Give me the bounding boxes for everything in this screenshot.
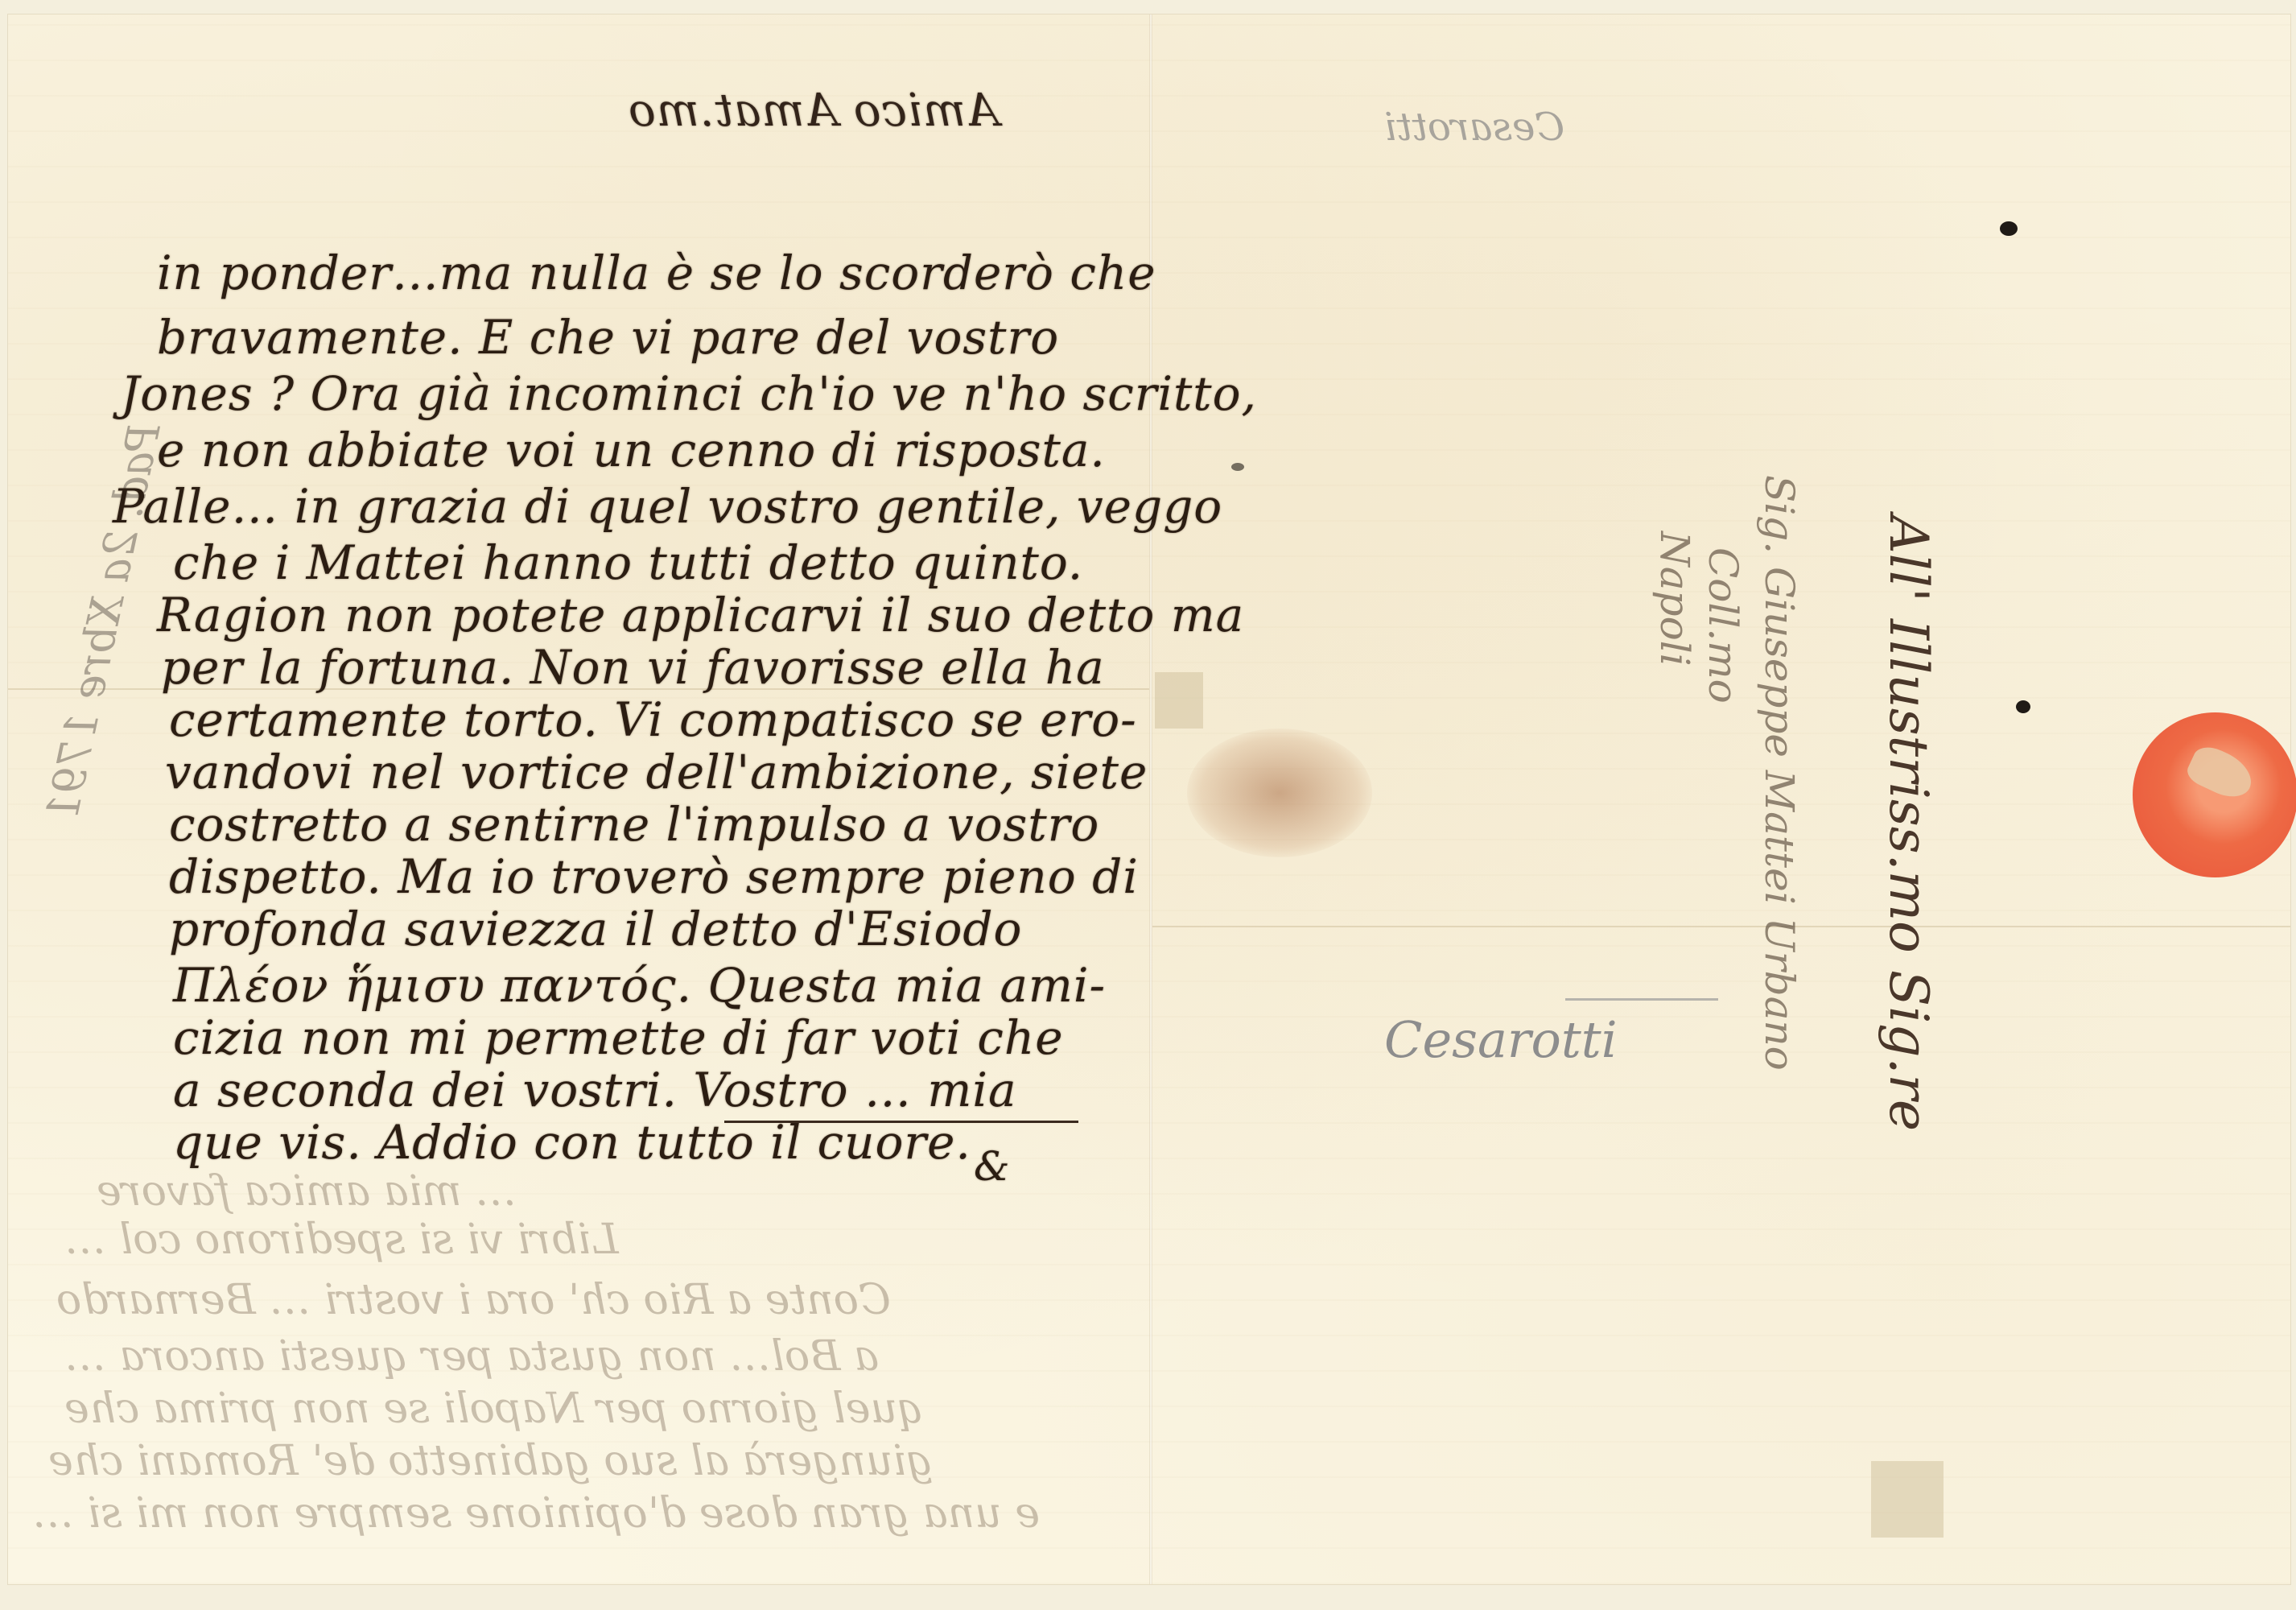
bleed-line-7: e una gran dose d'opinione sempre non mi… bbox=[32, 1489, 1040, 1538]
letter-line-12: dispetto. Ma io troverò sempre pieno di bbox=[169, 849, 1139, 904]
letter-line-6: che i Mattei hanno tutti detto quinto. bbox=[173, 535, 1083, 590]
ink-blot bbox=[1231, 463, 1244, 471]
ink-blot bbox=[2000, 221, 2018, 236]
bleed-line-1: … mia amica favore bbox=[97, 1167, 517, 1216]
letter-line-3: Jones ? Ora già incominci ch'io ve n'ho … bbox=[121, 366, 1257, 421]
letter-line-2: bravamente. E che vi pare del vostro bbox=[157, 310, 1059, 365]
letter-line-5: Palle… in grazia di quel vostro gentile,… bbox=[113, 479, 1222, 534]
bleed-line-3: Conte a Rio ch' ora i vostri … Bernardo bbox=[56, 1276, 891, 1324]
letter-line-14: Πλέον ἥμισυ παντός. Questa mia ami- bbox=[173, 958, 1106, 1013]
horizontal-fold-right bbox=[1152, 926, 2290, 927]
letter-line-4: e non abbiate voi un cenno di risposta. bbox=[157, 423, 1106, 477]
letter-line-16: a seconda dei vostri. Vostro … mia bbox=[173, 1063, 1017, 1117]
letter-line-8: per la fortuna. Non vi favorisse ella ha bbox=[161, 640, 1105, 695]
letter-line-10: vandovi nel vortice dell'ambizione, siet… bbox=[165, 745, 1148, 799]
wax-seal bbox=[2133, 712, 2296, 877]
greeting-mirrored: Amico Amat.mo bbox=[628, 85, 999, 137]
paper-tab-bottom bbox=[1871, 1461, 1944, 1538]
bleed-line-4: a Bol… non gusta per questi ancora … bbox=[64, 1332, 879, 1381]
pencil-underline bbox=[1565, 998, 1718, 1001]
letter-line-11: costretto a sentirne l'impulso a vostro bbox=[169, 797, 1099, 852]
pencil-note-mirrored: Cesarotti bbox=[1384, 105, 1564, 150]
letter-line-9: certamente torto. Vi compatisco se ero- bbox=[169, 692, 1137, 747]
letter-line-1: in ponder…ma nulla è se lo scorderò che bbox=[157, 246, 1156, 300]
bleed-line-5: quel giorno per Napoli se non prima che bbox=[64, 1385, 924, 1433]
pencil-note: Cesarotti bbox=[1384, 1010, 1618, 1069]
letter-line-7: Ragion non potete applicarvi il suo dett… bbox=[157, 588, 1244, 642]
bleed-line-6: giungerà al suo gabinetto de' Romani che bbox=[48, 1437, 933, 1485]
address-line-3: Coll.mo bbox=[1700, 547, 1746, 704]
letter-line-17: que vis. Addio con tutto il cuore. bbox=[173, 1115, 971, 1170]
letter-line-13: profonda saviezza il detto d'Esiodo bbox=[169, 902, 1022, 956]
address-line-2: Sig. Giuseppe Mattei Urbano bbox=[1756, 475, 1803, 1071]
ink-blot bbox=[2016, 700, 2030, 713]
bleed-line-2: Libri vi si spedirono col … bbox=[64, 1216, 619, 1264]
paper-tab bbox=[1155, 672, 1203, 729]
signature-mark: & bbox=[974, 1143, 1011, 1190]
seal-chip bbox=[2183, 741, 2259, 804]
address-line-4: Napoli bbox=[1651, 531, 1698, 667]
wax-stain bbox=[1187, 729, 1372, 857]
address-line-1: All' Illustriss.mo Sig.re bbox=[1878, 515, 1939, 1131]
letter-line-15: cizia non mi permette di far voti che bbox=[173, 1010, 1064, 1065]
